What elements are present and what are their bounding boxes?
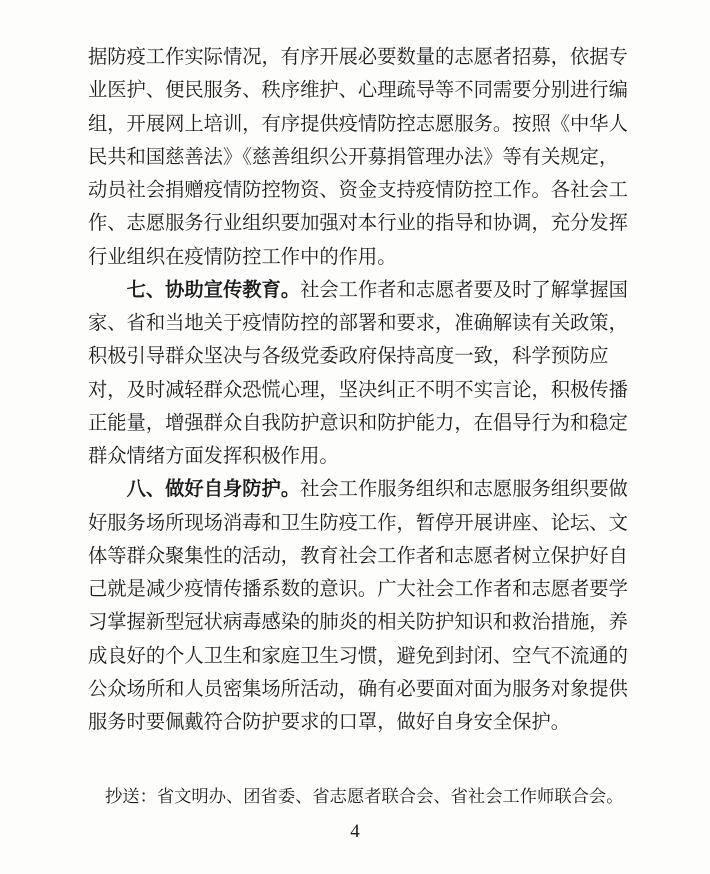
text-line-7: 行业组织在疫情防控工作中的作用。 bbox=[88, 241, 628, 274]
text-line-4: 民共和国慈善法》《慈善组织公开募捐管理办法》等有关规定， bbox=[88, 141, 628, 174]
section-heading-7: 七、协助宣传教育。 bbox=[127, 280, 301, 301]
text-line-17: 己就是减少疫情传播系数的意识。广大社会工作者和志愿者要学 bbox=[88, 573, 628, 606]
text-line-3: 组，开展网上培训，有序提供疫情防控志愿服务。按照《中华人 bbox=[88, 108, 628, 141]
text-line-20: 公众场所和人员密集场所活动，确有必要面对面为服务对象提供 bbox=[88, 673, 628, 706]
text-line-12: 正能量，增强群众自我防护意识和防护能力，在倡导行为和稳定 bbox=[88, 407, 628, 440]
text-line-5: 动员社会捐赠疫情防控物资、资金支持疫情防控工作。各社会工 bbox=[88, 174, 628, 207]
text-line-21: 服务时要佩戴符合防护要求的口罩，做好自身安全保护。 bbox=[88, 706, 628, 739]
text-line-1: 据防疫工作实际情况，有序开展必要数量的志愿者招募，依据专 bbox=[88, 41, 628, 74]
text-line-8-body: 社会工作者和志愿者要及时了解掌握国 bbox=[300, 280, 628, 301]
text-line-9: 家、省和当地关于疫情防控的部署和要求，准确解读有关政策， bbox=[88, 307, 628, 340]
text-line-10: 积极引导群众坚决与各级党委政府保持高度一致，科学预防应 bbox=[88, 340, 628, 373]
page-number: 4 bbox=[0, 820, 710, 844]
text-line-16: 体等群众聚集性的活动，教育社会工作者和志愿者树立保护好自 bbox=[88, 540, 628, 573]
section-heading-8: 八、做好自身防护。 bbox=[127, 479, 301, 500]
text-line-15: 好服务场所现场消毒和卫生防疫工作，暂停开展讲座、论坛、文 bbox=[88, 507, 628, 540]
text-line-18: 习掌握新型冠状病毒感染的肺炎的相关防护知识和救治措施，养 bbox=[88, 606, 628, 639]
text-line-11: 对，及时减轻群众恐慌心理，坚决纠正不明不实言论，积极传播 bbox=[88, 374, 628, 407]
cc-note: 抄送：省文明办、团省委、省志愿者联合会、省社会工作师联合会。 bbox=[105, 786, 623, 808]
text-line-8: 七、协助宣传教育。社会工作者和志愿者要及时了解掌握国 bbox=[88, 274, 628, 307]
text-line-14: 八、做好自身防护。社会工作服务组织和志愿服务组织要做 bbox=[88, 473, 628, 506]
text-line-6: 作、志愿服务行业组织要加强对本行业的指导和协调，充分发挥 bbox=[88, 207, 628, 240]
text-line-19: 成良好的个人卫生和家庭卫生习惯，避免到封闭、空气不流通的 bbox=[88, 640, 628, 673]
text-line-13: 群众情绪方面发挥积极作用。 bbox=[88, 440, 628, 473]
text-line-14-body: 社会工作服务组织和志愿服务组织要做 bbox=[300, 479, 628, 500]
document-page: 据防疫工作实际情况，有序开展必要数量的志愿者招募，依据专 业医护、便民服务、秩序… bbox=[0, 0, 710, 874]
text-line-2: 业医护、便民服务、秩序维护、心理疏导等不同需要分别进行编 bbox=[88, 74, 628, 107]
body-text-block: 据防疫工作实际情况，有序开展必要数量的志愿者招募，依据专 业医护、便民服务、秩序… bbox=[88, 41, 628, 739]
